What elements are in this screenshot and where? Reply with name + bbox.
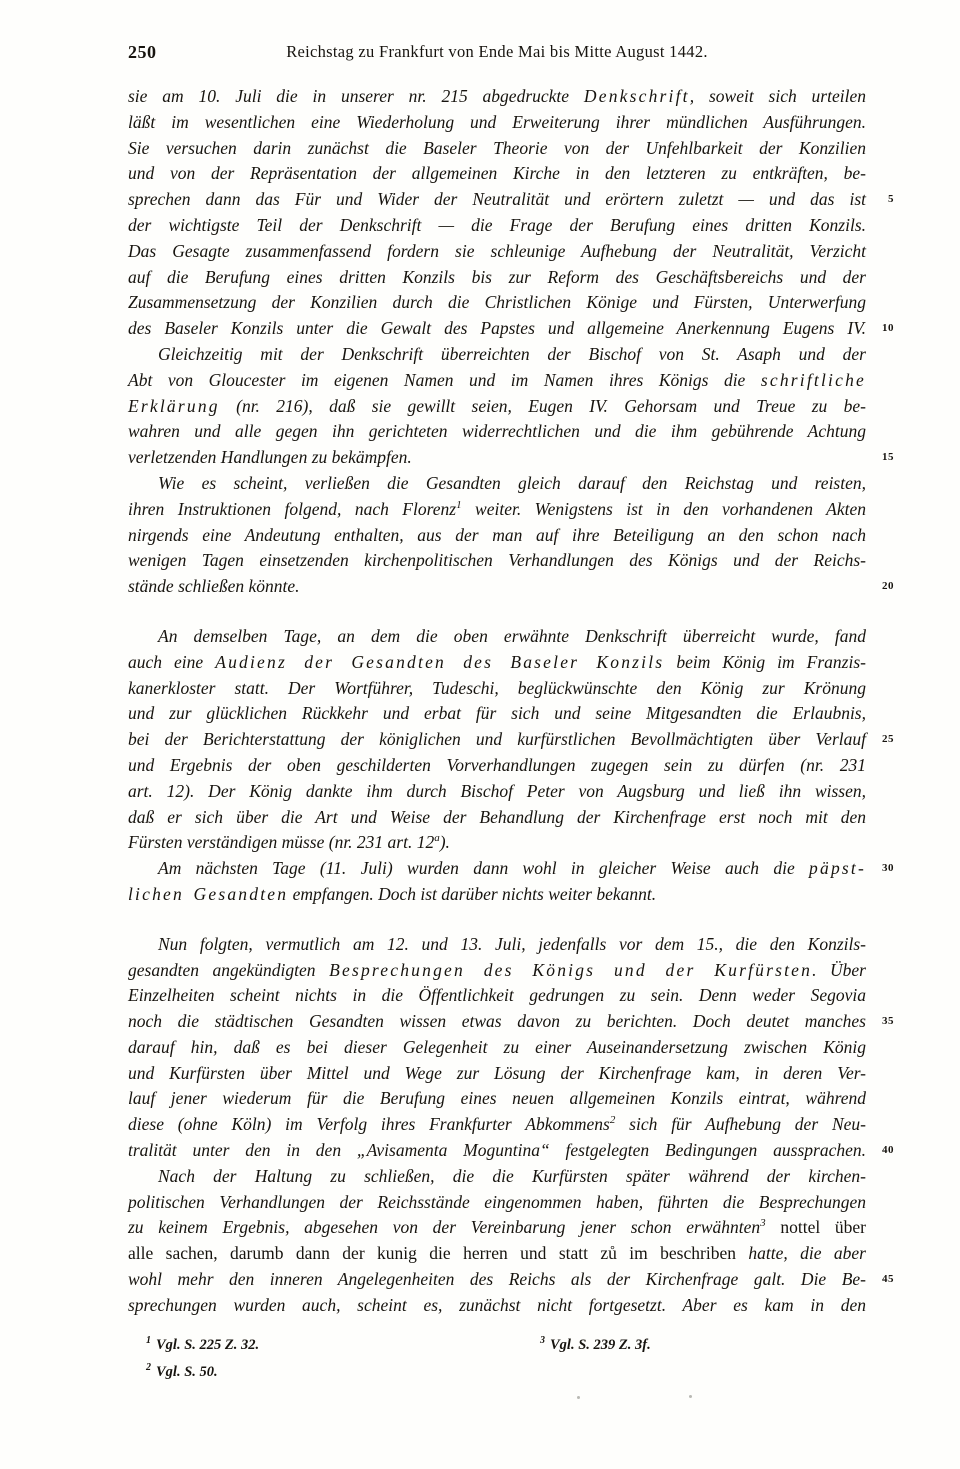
text-line: gesandten angekündigten Besprechungen de… — [128, 958, 866, 984]
footnote-column-right: 3Vgl. S. 239 Z. 3f. — [540, 1332, 651, 1359]
text-line: auf die Berufung eines dritten Konzils b… — [128, 265, 866, 291]
margin-line-number: 40 — [882, 1145, 894, 1156]
text-line: Das Gesagte zusammenfassend fordern sie … — [128, 239, 866, 265]
spaced-emphasis-text: schriftliche — [761, 370, 866, 390]
body-text: sie am 10. Juli die in unserer nr. 215 a… — [128, 84, 866, 1319]
text-line: art. 12). Der König dankte ihm durch Bis… — [128, 779, 866, 805]
text-line: alle sachen, darumb dann der kunig die h… — [128, 1241, 866, 1267]
paragraph: Nach der Haltung zu schließen, die die K… — [128, 1164, 866, 1319]
text-line: stände schließen könnte.20 — [128, 574, 866, 600]
text-line: verletzenden Handlungen zu bekämpfen.15 — [128, 445, 866, 471]
text-line: und von der Repräsentation der allgemein… — [128, 161, 866, 187]
text-line: lichen Gesandten empfangen. Doch ist dar… — [128, 882, 866, 908]
footnote-ref: 1 — [456, 499, 462, 511]
footnote-ref: 2 — [610, 1114, 616, 1126]
text-line: kanerkloster statt. Der Wortführer, Tude… — [128, 676, 866, 702]
text-line: und Ergebnis der oben geschilderten Vorv… — [128, 753, 866, 779]
text-line: zu keinem Ergebnis, abgesehen von der Ve… — [128, 1215, 866, 1241]
paragraph: Gleichzeitig mit der Denkschrift überrei… — [128, 342, 866, 471]
footnote-marker: 1 — [146, 1335, 151, 1346]
paragraph: Nun folgten, vermutlich am 12. und 13. J… — [128, 932, 866, 1164]
text-line: wenigen Tagen einsetzenden kirchenpoliti… — [128, 548, 866, 574]
text-line: daß er sich über die Art und Weise der B… — [128, 805, 866, 831]
text-line: läßt im wesentlichen eine Wiederholung u… — [128, 110, 866, 136]
margin-line-number: 30 — [852, 863, 894, 874]
text-line: politischen Verhandlungen der Reichsstän… — [128, 1190, 866, 1216]
text-line: Nun folgten, vermutlich am 12. und 13. J… — [128, 932, 866, 958]
footnote-marker: 3 — [540, 1335, 545, 1346]
text-line: bei der Berichterstattung der königliche… — [128, 727, 866, 753]
text-line: des Baseler Konzils unter die Gewalt des… — [128, 316, 866, 342]
footnote-marker: 2 — [146, 1362, 151, 1373]
spaced-emphasis-text: Besprechungen des Königs und der Kurfürs… — [329, 960, 812, 980]
text-line: Fürsten verständigen müsse (nr. 231 art.… — [128, 830, 866, 856]
page-number: 250 — [128, 42, 157, 63]
footnote-ref: 3 — [760, 1218, 766, 1230]
running-title: Reichstag zu Frankfurt von Ende Mai bis … — [128, 42, 866, 62]
footnote: 2Vgl. S. 50. — [146, 1359, 259, 1386]
text-line: der wichtigste Teil der Denkschrift — di… — [128, 213, 866, 239]
text-line: sie am 10. Juli die in unserer nr. 215 a… — [128, 84, 866, 110]
spaced-emphasis-text: Erklärung — [128, 396, 220, 416]
text-line: Abt von Gloucester im eigenen Namen und … — [128, 368, 866, 394]
footnote-ref: a — [434, 832, 440, 844]
text-line: Einzelheiten scheint nichts in die Öffen… — [128, 983, 866, 1009]
paragraph: An demselben Tage, an dem die oben erwäh… — [128, 624, 866, 856]
paragraph: sie am 10. Juli die in unserer nr. 215 a… — [128, 84, 866, 342]
quoted-source-text: alle sachen, darumb dann der kunig die h… — [128, 1243, 736, 1263]
scan-speck — [689, 1395, 692, 1398]
paragraph: Wie es scheint, verließen die Gesandten … — [128, 471, 866, 600]
footnote-text: Vgl. S. 225 Z. 32. — [156, 1337, 259, 1353]
text-line: Erklärung (nr. 216), daß sie gewillt sei… — [128, 394, 866, 420]
text-line: tralität unter den in den „Avisamenta Mo… — [128, 1138, 866, 1164]
scan-speck — [577, 1396, 580, 1399]
text-line: und Kurfürsten über Mittel und Wege zur … — [128, 1061, 866, 1087]
text-line: Wie es scheint, verließen die Gesandten … — [128, 471, 866, 497]
spaced-emphasis-text: Denkschrift — [584, 86, 690, 106]
footnote-text: Vgl. S. 50. — [156, 1364, 218, 1380]
margin-line-number: 10 — [882, 323, 894, 334]
text-line: Sie versuchen darin zunächst die Baseler… — [128, 136, 866, 162]
quoted-source-text: nottel über — [780, 1217, 866, 1237]
margin-line-number: 15 — [882, 452, 894, 463]
margin-line-number: 25 — [882, 734, 894, 745]
text-line: wahren und alle gegen ihn gerichteten wi… — [128, 419, 866, 445]
page-header: 250 Reichstag zu Frankfurt von Ende Mai … — [128, 42, 866, 66]
margin-line-number: 35 — [882, 1016, 894, 1027]
text-line: Zusammensetzung der Konzilien durch die … — [128, 290, 866, 316]
text-line: Nach der Haltung zu schließen, die die K… — [128, 1164, 866, 1190]
footnote: 1Vgl. S. 225 Z. 32. — [146, 1332, 259, 1359]
text-line: nirgends eine Andeutung enthalten, aus d… — [128, 523, 866, 549]
text-line: auch eine Audienz der Gesandten des Base… — [128, 650, 866, 676]
footnote-text: Vgl. S. 239 Z. 3f. — [550, 1337, 651, 1353]
text-line: ihren Instruktionen folgend, nach Floren… — [128, 497, 866, 523]
footnote-column-left: 1Vgl. S. 225 Z. 32.2Vgl. S. 50. — [146, 1332, 259, 1386]
text-line: noch die städtischen Gesandten wissen et… — [128, 1009, 866, 1035]
book-page: 250 Reichstag zu Frankfurt von Ende Mai … — [0, 0, 960, 1469]
text-line: Gleichzeitig mit der Denkschrift überrei… — [128, 342, 866, 368]
margin-line-number: 20 — [882, 581, 894, 592]
footnote: 3Vgl. S. 239 Z. 3f. — [540, 1332, 651, 1359]
text-line: An demselben Tage, an dem die oben erwäh… — [128, 624, 866, 650]
text-line: lauf jener wiederum für die Berufung ein… — [128, 1086, 866, 1112]
spaced-emphasis-text: Audienz der Gesandten des Baseler Konzil… — [215, 652, 664, 672]
text-line: darauf hin, daß es bei dieser Gelegenhei… — [128, 1035, 866, 1061]
spaced-emphasis-text: lichen Gesandten — [128, 884, 288, 904]
margin-line-number: 45 — [882, 1274, 894, 1285]
text-line: sprechungen wurden auch, scheint es, zun… — [128, 1293, 866, 1319]
text-line: Am nächsten Tage (11. Juli) wurden dann … — [128, 856, 866, 882]
text-line: sprechen dann das Für und Wider der Neut… — [128, 187, 866, 213]
margin-line-number: 5 — [888, 194, 894, 205]
text-line: diese (ohne Köln) im Verfolg ihres Frank… — [128, 1112, 866, 1138]
paragraph: Am nächsten Tage (11. Juli) wurden dann … — [128, 856, 866, 908]
text-line: wohl mehr den inneren Angelegenheiten de… — [128, 1267, 866, 1293]
text-line: und zur glücklichen Rückkehr und erbat f… — [128, 701, 866, 727]
